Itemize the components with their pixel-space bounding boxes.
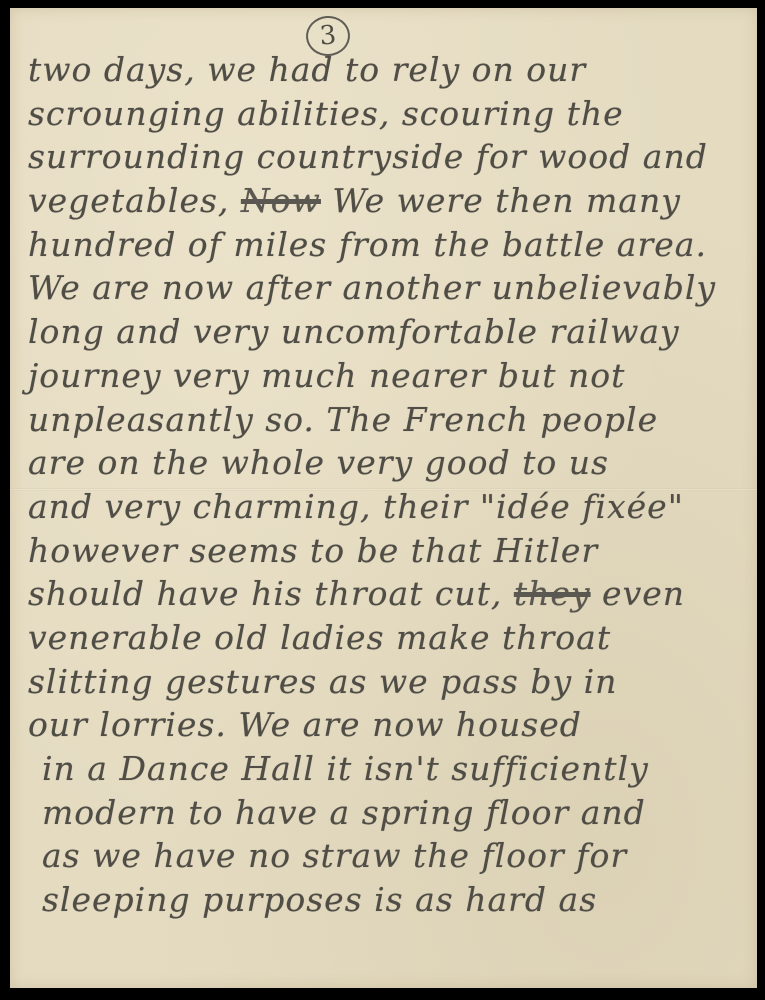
text-line: our lorries. We are now housed	[28, 703, 748, 747]
text-line: two days, we had to rely on our	[28, 48, 748, 92]
text-line: as we have no straw the floor for	[28, 834, 748, 878]
letter-page: 3 two days, we had to rely on our scroun…	[10, 8, 757, 988]
text-line: vegetables, Now We were then many	[28, 179, 748, 223]
text-line: We are now after another unbelievably	[28, 266, 748, 310]
text-line: surrounding countryside for wood and	[28, 135, 748, 179]
text-line: scrounging abilities, scouring the	[28, 92, 748, 136]
text-line: venerable old ladies make throat	[28, 616, 748, 660]
struck-out-word: Now	[241, 181, 321, 220]
text-line: however seems to be that Hitler	[28, 529, 748, 573]
text-line: in a Dance Hall it isn't sufficiently	[28, 747, 748, 791]
struck-out-word: they	[514, 574, 591, 613]
text-line: are on the whole very good to us	[28, 441, 748, 485]
text-line: unpleasantly so. The French people	[28, 398, 748, 442]
handwritten-text-body: two days, we had to rely on our scroungi…	[28, 48, 748, 922]
text-line: modern to have a spring floor and	[28, 791, 748, 835]
text-line: journey very much nearer but not	[28, 354, 748, 398]
text-line: should have his throat cut, they even	[28, 572, 748, 616]
text-line: long and very uncomfortable railway	[28, 310, 748, 354]
text-line: hundred of miles from the battle area.	[28, 223, 748, 267]
text-segment: even	[591, 574, 685, 613]
text-segment: should have his throat cut,	[28, 574, 502, 613]
text-line: sleeping purposes is as hard as	[28, 878, 748, 922]
text-segment: We were then many	[321, 181, 681, 220]
text-line: slitting gestures as we pass by in	[28, 660, 748, 704]
text-line: and very charming, their "idée fixée"	[28, 485, 748, 529]
text-segment: vegetables,	[28, 181, 229, 220]
